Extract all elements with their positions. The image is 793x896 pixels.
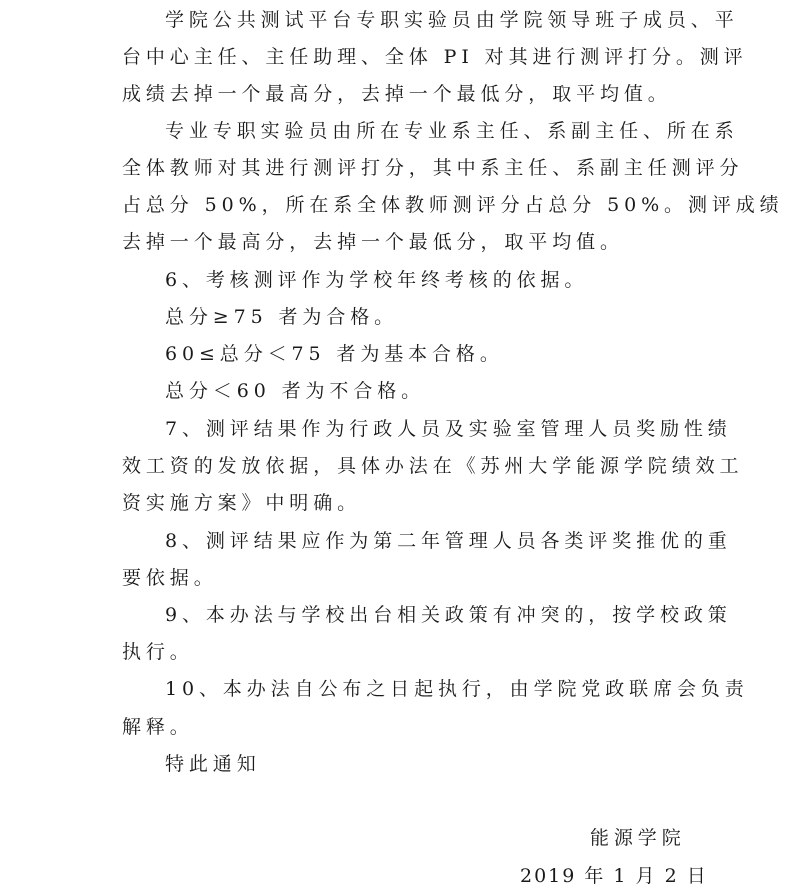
grade-fail-line: 总分＜60 者为不合格。 [165,376,725,406]
document-page: 学院公共测试平台专职实验员由学院领导班子成员、平 台中心主任、主任助理、全体 P… [0,0,793,896]
grade-pass-line: 总分≥75 者为合格。 [165,302,725,332]
paragraph-department-staff-line-2: 全体教师对其进行测评打分，其中系主任、系副主任测评分 [122,153,682,183]
paragraph-department-staff-line-1: 专业专职实验员由所在专业系主任、系副主任、所在系 [165,116,725,146]
item-8-line-1: 8、测评结果应作为第二年管理人员各类评奖推优的重 [165,526,725,556]
item-9-line-1: 9、本办法与学校出台相关政策有冲突的，按学校政策 [165,600,725,630]
paragraph-platform-staff-line-1: 学院公共测试平台专职实验员由学院领导班子成员、平 [165,5,725,35]
signature-organization: 能源学院 [590,823,686,853]
paragraph-platform-staff-line-3: 成绩去掉一个最高分，去掉一个最低分，取平均值。 [122,79,682,109]
item-10-line-2: 解释。 [122,712,682,742]
item-8-line-2: 要依据。 [122,563,682,593]
item-7-line-1: 7、测评结果作为行政人员及实验室管理人员奖励性绩 [165,414,725,444]
item-10-line-1: 10、本办法自公布之日起执行，由学院党政联席会负责 [165,674,725,704]
item-9-line-2: 执行。 [122,637,682,667]
paragraph-department-staff-line-3: 占总分 50%，所在系全体教师测评分占总分 50%。测评成绩 [122,190,682,220]
signature-date: 2019 年 1 月 2 日 [520,861,708,891]
paragraph-department-staff-line-4: 去掉一个最高分，去掉一个最低分，取平均值。 [122,227,682,257]
item-7-line-2: 效工资的发放依据，具体办法在《苏州大学能源学院绩效工 [122,451,682,481]
grade-basic-pass-line: 60≤总分＜75 者为基本合格。 [165,339,725,369]
item-7-line-3: 资实施方案》中明确。 [122,488,682,518]
item-6-line: 6、考核测评作为学校年终考核的依据。 [165,265,725,295]
closing-line: 特此通知 [165,749,725,779]
paragraph-platform-staff-line-2: 台中心主任、主任助理、全体 PI 对其进行测评打分。测评 [122,42,682,72]
